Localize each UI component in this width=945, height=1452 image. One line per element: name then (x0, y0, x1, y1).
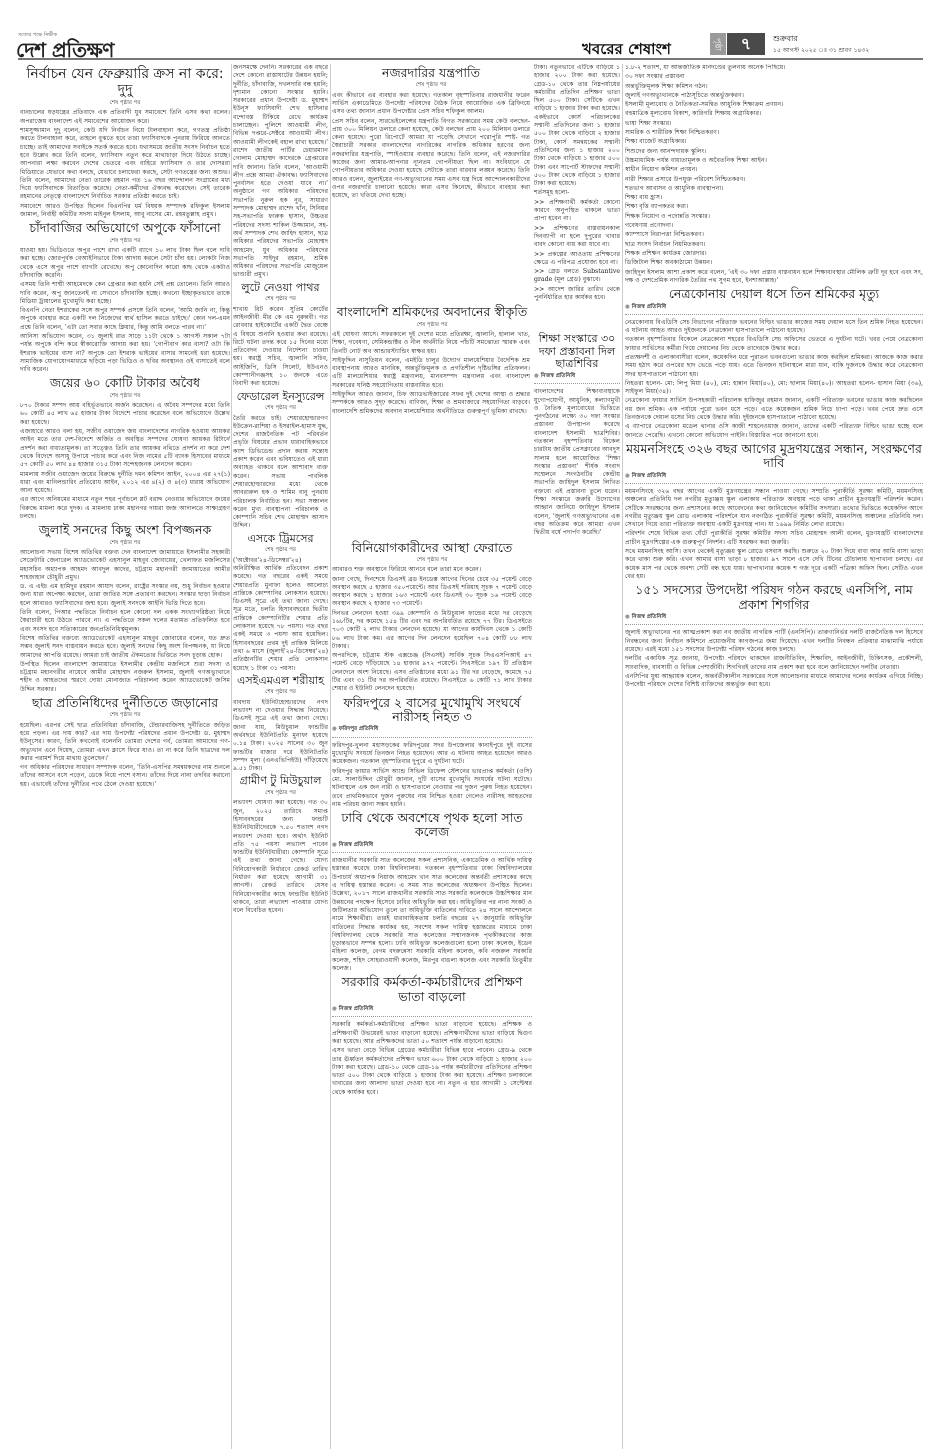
paragraph: লভ্যাংশ ঘোষণা করা হয়েছে। গত ৩০ জুন, ২০২… (233, 799, 328, 915)
list-item: উচ্চমাধ্যমিক পর্যন্ত বাধ্যতামূলক ও অবৈতন… (625, 157, 923, 165)
headline[interactable]: এসকে ট্রিমসের (233, 533, 328, 546)
article-grameen-mutual[interactable]: গ্রামীণ টু মিউচুয়াল শেষ পৃষ্ঠার পর লভ্য… (233, 775, 328, 915)
byline: নিজস্ব প্রতিনিধি (625, 303, 923, 311)
paragraph: নিহতরা হলেন- মো: লিপু মিয়া (৪০), মো: হা… (625, 380, 923, 397)
continued-label: শেষ পৃষ্ঠার পর (233, 688, 328, 696)
masthead: সত্যের পক্ষে নির্ভীক দেশ প্রতিক্ষণ খবরের… (0, 0, 945, 52)
continued-label: শেষ পৃষ্ঠার পর (233, 295, 328, 303)
paragraph: সথে ময়মনসিংহ আসি। তখন থেকেই মৃত্যুঞ্জয়… (625, 548, 923, 581)
list-item: >> প্রকল্পের আওতায় প্রশিক্ষণের ক্ষেত্রে… (534, 251, 620, 268)
paragraph: এবং কীভাবে এর ব্যবহার করা হয়েছে। গতকাল … (332, 92, 530, 117)
headline[interactable]: এসইএমএল শরীয়াহ (233, 675, 328, 688)
continued-label: শেষ পৃষ্ঠার পর (233, 404, 328, 412)
divider (534, 383, 620, 384)
paragraph: পরিদর্শন শেষে বিভিন্ন তথ্য ঘেঁটে পুরাকীর… (625, 530, 923, 547)
list-item: জুলাই গণঅভ্যুত্থানকে পাঠ্যসূচিতে অন্তর্ভ… (625, 92, 923, 100)
masthead-divider (18, 58, 923, 60)
list-item: ইসলামী মূল্যবোধ ও নৈতিকতা-সমন্বিত আধুনিক… (625, 101, 923, 109)
headline[interactable]: ময়মনসিংহে ৩২৬ বছর আগের মুদ্রণযন্ত্রের স… (625, 442, 923, 471)
headline[interactable]: চাঁদাবাজির অভিযোগে অপুকে ফাঁসানো (20, 221, 230, 235)
column-divider (622, 64, 623, 1449)
list-item: অন্তর্ভুক্তিমূলক শিক্ষা কমিশন গঠন। (625, 83, 923, 91)
divider (332, 1016, 532, 1017)
byline: নিজস্ব প্রতিনিধি (534, 372, 620, 380)
headline[interactable]: গ্রামীণ টু মিউচুয়াল (233, 775, 328, 788)
page-label: পৃষ্ঠা (710, 33, 726, 55)
article-surveillance[interactable]: নজরদারির যন্ত্রপাতি শেষ পৃষ্ঠার পর এবং ক… (332, 66, 530, 201)
article-faridpur[interactable]: ফরিদপুরে ২ বাসের মুখোমুখি সংঘর্ষে নারীসহ… (332, 696, 532, 809)
paragraph: গতকাল বৃহস্পতিবার বিকেলে নেত্রকোনা শহরের… (625, 336, 923, 353)
article-student-reps[interactable]: ছাত্র প্রতিনিধিদের দুর্নীতিতে জড়ানোর শে… (20, 696, 230, 789)
continued-label: শেষ পৃষ্ঠার পর (20, 99, 230, 107)
article-apu[interactable]: চাঁদাবাজির অভিযোগে অপুকে ফাঁসানো শেষ পৃষ… (20, 221, 230, 374)
paragraph: জুলাই অভ্যুত্থানের পর আত্মপ্রকাশ করা নব … (625, 629, 923, 654)
headline[interactable]: বাংলাদেশি শ্রমিকদের অবদানের স্বীকৃতি (332, 305, 532, 319)
article-govt-staff-allowance[interactable]: সরকারি কর্মকর্তা-কর্মচারীদের প্রশিক্ষণ ভ… (332, 975, 532, 1097)
column-3: নজরদারির যন্ত্রপাতি শেষ পৃষ্ঠার পর এবং ক… (332, 64, 620, 1449)
list-item: >> আদেশ জারির তারিখ থেকে পুনর্নির্ধারিত … (534, 286, 620, 303)
paragraph: সমাবেশে আরও উপস্থিত ছিলেন বিএনপির ধর্ম ব… (20, 203, 230, 220)
paragraph: গণ অধিকার পরিষদের সাধারণ সম্পাদক বলেন, '… (20, 764, 230, 789)
paragraph: উপস্থিত ছিলেন বাংলাদেশ জামায়াতে ইসলামীর… (20, 661, 230, 694)
continued-label: শেষ পৃষ্ঠার পর (20, 392, 230, 400)
paragraph: শামসুজ্জামান দুদু বলেন, কেউ যদি নির্বাচন… (20, 127, 230, 202)
continued-label: শেষ পৃষ্ঠার পর (332, 556, 532, 564)
paragraph: আলোচনা সভায় বিশেষ অতিথির বক্তব্য দেন বা… (20, 549, 230, 582)
paragraph: জানা গেছে, দিনশেষে ডিএসই ব্রড ইনডেক্স আগ… (332, 576, 532, 609)
article-looted-stone[interactable]: লুটে নেওয়া পাথর শেষ পৃষ্ঠার পর শাখায় র… (233, 282, 328, 389)
list-item: গবেষণায় প্রণোদনা। (625, 222, 923, 230)
article-sk-trims[interactable]: এসকে ট্রিমসের শেষ পৃষ্ঠার পর ('অক্টোবর'২… (233, 533, 328, 673)
headline[interactable]: নেত্রকোনায় দেয়াল ধসে তিন শ্রমিকের মৃত্… (625, 287, 923, 301)
paragraph: আনিসা অভিযোগ করেন, ৩১ জুলাই রাত সাড়ে ১১… (20, 333, 230, 374)
column-2: জনসমক্ষে দেননি। সরকারের এক বছরে দেশে কোন… (233, 64, 328, 1449)
paragraph: বিএনপি নেতা ইশরাকের সঙ্গে অপুর সম্পর্ক প… (20, 307, 230, 332)
continued-label: শেষ পৃষ্ঠার পর (233, 789, 328, 797)
list-item: শিক্ষা ব্যয় হ্রাস। (625, 194, 923, 202)
paragraph: এ ব্যাপারে নেত্রকোনা মডেল থানার ওসি কাজী… (625, 423, 923, 440)
paragraph: বাবদায় ইউনিটহোল্ডারদের নগদ লভ্যাংশ না দ… (233, 699, 328, 774)
list-item: শিক্ষা বৃত্তি ব্যাপকতর করা। (625, 203, 923, 211)
paragraph: এজাহারে আরও বলা হয়, সজীব ওয়াজেদ জয় বা… (20, 428, 230, 469)
paragraph: অপরদিকে, চট্টগ্রাম স্টক এক্সচেঞ্জ (সিএসই… (332, 652, 532, 693)
headline[interactable]: লুটে নেওয়া পাথর (233, 282, 328, 295)
list-item: >> প্রশিক্ষণের বাস্তবায়নকাল দিনব্যাপী ন… (534, 225, 620, 250)
list-item: সামরিক ও শারীরিক শিক্ষা নিশ্চিতকরণ। (625, 129, 923, 137)
article-investors[interactable]: বিনিয়োগকারীদের আস্থা ফেরাতে শেষ পৃষ্ঠার… (332, 541, 532, 694)
headline[interactable]: জুলাই সনদের কিছু অংশ বিপজ্জনক (20, 523, 230, 537)
article-joy[interactable]: জয়ের ৬০ কোটি টাকার অবৈধ শেষ পৃষ্ঠার পর … (20, 376, 230, 521)
paragraph: হয়েছিল। এরপর সেই ছাত্র প্রতিনিধিরা চাঁদ… (20, 722, 230, 763)
byline: নিজস্ব প্রতিনিধি (625, 472, 923, 480)
paragraph: রাজধানীর সরকারি সাত কলেজের সকল প্রশাসনিক… (332, 857, 532, 973)
paragraph: নেত্রকোনা ফায়ার সার্ভিস উপসহকারী পরিচাল… (625, 397, 923, 422)
paragraph: এসব ভাতা বেড়ে বিভিন্ন গ্রেডের কর্মচারীর… (332, 1047, 532, 1097)
article-mymensingh[interactable]: ময়মনসিংহে ৩২৬ বছর আগের মুদ্রণযন্ত্রের স… (625, 442, 923, 581)
headline[interactable]: ১৫১ সদস্যের উপদেষ্টা পরিষদ গঠন করছে এনসি… (625, 583, 923, 612)
list-item: ছাত্র সংসদ নির্বাচন নিয়মিতকরণ। (625, 241, 923, 249)
byline: ফরিদপুর প্রতিনিধি (332, 725, 532, 733)
divider (625, 483, 923, 484)
list-item: >> প্রশিক্ষণার্থী কর্মকর্তা কোনো কারণে অ… (534, 199, 620, 224)
headline[interactable]: ঢাবি থেকে অবশেষে পৃথক হলো সাত কলেজ (332, 811, 532, 840)
headline[interactable]: শিক্ষা সংস্কারে ৩০ দফা প্রস্তাবনা দিল ছা… (534, 333, 620, 371)
paragraph: ড. এ এইচ এম হামিদুর রহমান আযাদ বলেন, রাষ… (20, 583, 230, 608)
column-5: ১.৮-২ শতাংশ, যা আন্তর্জাতিক মানদণ্ডের তু… (625, 64, 923, 1449)
headline[interactable]: ছাত্র প্রতিনিধিদের দুর্নীতিতে জড়ানোর (20, 696, 230, 710)
list-item: >> গ্রেড বলতে Substantive grade (মূল গ্র… (534, 268, 620, 285)
list-item: শিশুদের জন্য আনন্দদায়ক স্কুলিং। (625, 148, 923, 156)
paragraph: প্রেস সচিব বলেন, সারভেইলেন্সের যন্ত্রপাত… (332, 118, 530, 201)
byline: নিজস্ব প্রতিনিধি (332, 1005, 532, 1013)
paragraph: বানচালের ষড়যন্ত্রের প্রতিবাদে এক প্রতিব… (20, 109, 230, 126)
headline[interactable]: নজরদারির যন্ত্রপাতি (332, 66, 530, 80)
list-item: বহুমাত্রিক মূল্যবোধ বিকাশ, কারিগরি শিক্ষ… (625, 110, 923, 118)
paragraph: তিনি বলেন, পিআর পদ্ধতিতে নির্বাচন হলে কো… (20, 609, 230, 634)
paragraph: দিনভর লেনদেন হওয়া ৩৯৯ কোম্পানি ও মিউচুয… (332, 610, 532, 651)
paragraph: ৮৭০ টাকার সম্পদ আয় বহির্ভূতভাবে অর্জন ক… (20, 402, 230, 427)
headline[interactable]: জয়ের ৬০ কোটি টাকার অবৈধ (20, 376, 230, 390)
paragraph: দলটির একাধিক সূত্র জানায়, উপদেষ্টা পরিষ… (625, 655, 923, 672)
continued-label: শেষ পৃষ্ঠার পর (233, 546, 328, 554)
paragraph: ('অক্টোবর'২৪-ডিসেম্বর'২৪) অনিরীক্ষিত আর্… (233, 557, 328, 673)
paragraph: সরকারি কর্মকর্তা-কর্মচারীদের প্রশিক্ষণ ভ… (332, 1021, 532, 1046)
article-ncp[interactable]: ১৫১ সদস্যের উপদেষ্টা পরিষদ গঠন করছে এনসি… (625, 583, 923, 689)
paragraph: সাইফুদ্দিন আরও জানান, চিফ অ্যাডভাইজারের … (332, 391, 530, 416)
list-item: শতভাগ আবাসন ও আধুনিক ব্যবস্থাপনা। (625, 185, 923, 193)
paragraph: মামলায় সজীব ওয়াজেদ জয়ের বিরুদ্ধে দুর্… (20, 471, 230, 496)
article-seven-college[interactable]: ঢাবি থেকে অবশেষে পৃথক হলো সাত কলেজ নিজস্… (332, 811, 532, 973)
paragraph: এসময় তিনি শাম্মী আহমেদকে কেন গ্রেপ্তার … (20, 281, 230, 306)
continued-label: শেষ পৃষ্ঠার পর (332, 81, 530, 89)
paragraph: টাকা। নতুনভাবে এটিকে বাড়িয়ে ১ হাজার ২০… (534, 64, 620, 188)
list-item: নারী শিক্ষার প্রসারে উপযুক্ত পরিবেশ নিশ্… (625, 176, 923, 184)
headline[interactable]: ফেডারেল ইনস্যুরেন্স (233, 391, 328, 404)
column-divider (231, 64, 232, 1449)
paragraph: যাওয়া হয়। ভিডিওতে অপুর পাশে রাখা একটি … (20, 247, 230, 280)
paragraph: জনসমক্ষে দেননি। সরকারের এক বছরে দেশে কোন… (233, 64, 328, 280)
paragraph: সাইফুদ্দিন নাসুতিয়ন বলেন, এমইডি চালুর উ… (332, 357, 530, 390)
paragraph: এই ঘোষণা আসে। সফরকালে দুই দেশের মধ্যে প্… (332, 331, 530, 356)
column-divider (330, 64, 331, 1449)
paragraph: ১.৮-২ শতাংশ, যা আন্তর্জাতিক মানদণ্ডের তু… (625, 64, 923, 72)
paragraph: ফরিদপুর ফায়ার সার্ভিস অ্যান্ড সিভিল ডিফ… (332, 768, 532, 809)
paragraph: বিশেষ অতিথির বক্তব্যে অ্যাডভোকেট এহসানুল… (20, 635, 230, 660)
paragraph: এনসিপির যুগ্ম আহ্বায়ক বলেন, অন্তর্বর্তী… (625, 673, 923, 690)
continued-label: শেষ পৃষ্ঠার পর (332, 321, 532, 329)
paragraph: এর আগে অনিয়মের মাধ্যমে নতুন শহর পূর্বাচ… (20, 496, 230, 521)
paragraph: ৩০ দফা সংস্কার প্রস্তাবনা (625, 73, 923, 81)
paragraph: ময়মনসিংহে ৩২৬ বছর আগের একটি মুদ্রণযন্ত্… (625, 488, 923, 529)
article-netrokona[interactable]: নেত্রকোনায় দেয়াল ধসে তিন শ্রমিকের মৃত্… (625, 287, 923, 440)
list-item: শিক্ষা বাজেট অগ্রাধিকার। (625, 138, 923, 146)
divider (332, 737, 532, 738)
byline: নিজস্ব প্রতিনিধি (625, 613, 923, 621)
issue-date: ১৫ আগস্ট ২০২৫ ঃ ৩১ শ্রাবণ ১৪৩২ (773, 45, 869, 56)
article-july-charter[interactable]: জুলাই সনদের কিছু অংশ বিপজ্জনক শেষ পৃষ্ঠা… (20, 523, 230, 694)
list-item: স্বাধীন নিয়োগ কমিশন প্রণয়ন। (625, 166, 923, 174)
article-federal-insurance[interactable]: ফেডারেল ইনস্যুরেন্স শেষ পৃষ্ঠার পর তৈরি … (233, 391, 328, 531)
headline[interactable]: ফরিদপুরে ২ বাসের মুখোমুখি সংঘর্ষে নারীসহ… (332, 696, 532, 725)
article-seml-shariah[interactable]: এসইএমএল শরীয়াহ শেষ পৃষ্ঠার পর বাবদায় ই… (233, 675, 328, 774)
article-workers[interactable]: বাংলাদেশি শ্রমিকদের অবদানের স্বীকৃতি শেষ… (332, 305, 620, 538)
paragraph: আবারও শক্ত অবস্থানে ফিরিয়ে আনবে বলে তার… (332, 566, 532, 574)
paragraph: শাখায় রিট করেন সুপ্রিম কোর্টের আইনজীবী … (233, 306, 328, 389)
continued-label: শেষ পৃষ্ঠার পর (20, 539, 230, 547)
paragraph: শর্তসমূহ হলো- (534, 189, 620, 197)
paragraph: তৈরি করতে চাই। শেয়ারহোল্ডারগণ ইউক্রেন-র… (233, 415, 328, 531)
divider (625, 314, 923, 315)
paragraph: বাংলাদেশের শিক্ষাব্যবস্থাকে যুগোপযোগী, আ… (534, 388, 620, 537)
divider (332, 852, 532, 853)
article-dudu[interactable]: নির্বাচন যেন ফেব্রুয়ারি ক্রস না করে: দু… (20, 66, 230, 219)
headline[interactable]: সরকারি কর্মকর্তা-কর্মচারীদের প্রশিক্ষণ ভ… (332, 975, 532, 1004)
paragraph: নেত্রকোনায় বিএডিসি সেচ বিভাগের পরিত্যক্… (625, 319, 923, 336)
list-item: ক্যাম্পাসে নিরাপত্তা নিশ্চিতকরণ। (625, 231, 923, 239)
paragraph: ফরিদপুর-খুলনা মহাসড়কের ফরিদপুরের সদর উপ… (332, 742, 532, 767)
continued-label: শেষ পৃষ্ঠার পর (20, 237, 230, 245)
headline[interactable]: বিনিয়োগকারীদের আস্থা ফেরাতে (332, 541, 532, 555)
paragraph: জাহিদুল ইসলাম আশা প্রকাশ করে বলেন, 'এই ৩… (625, 269, 923, 286)
list-item: ডিজিটাল শিক্ষা অবকাঠামো উন্নয়ন। (625, 259, 923, 267)
byline: নিজস্ব প্রতিনিধি (332, 841, 532, 849)
paragraph: প্রত্যক্ষদর্শী ও এলাকাবাসীরা বলেন, কয়েক… (625, 354, 923, 379)
page-number: ৭ (727, 33, 765, 55)
continued-label: শেষ পৃষ্ঠার পর (20, 711, 230, 719)
divider (625, 624, 923, 625)
column-1: নির্বাচন যেন ফেব্রুয়ারি ক্রস না করে: দু… (20, 64, 230, 1449)
list-item: শিক্ষক নিয়োগ ও পদোন্নতি সংস্কার। (625, 213, 923, 221)
list-item: ভাষা শিক্ষা সংস্কার। (625, 120, 923, 128)
headline[interactable]: নির্বাচন যেন ফেব্রুয়ারি ক্রস না করে: দু… (20, 66, 230, 98)
list-item: শিক্ষক প্রশিক্ষণ কার্যক্রম জোরদার। (625, 250, 923, 258)
